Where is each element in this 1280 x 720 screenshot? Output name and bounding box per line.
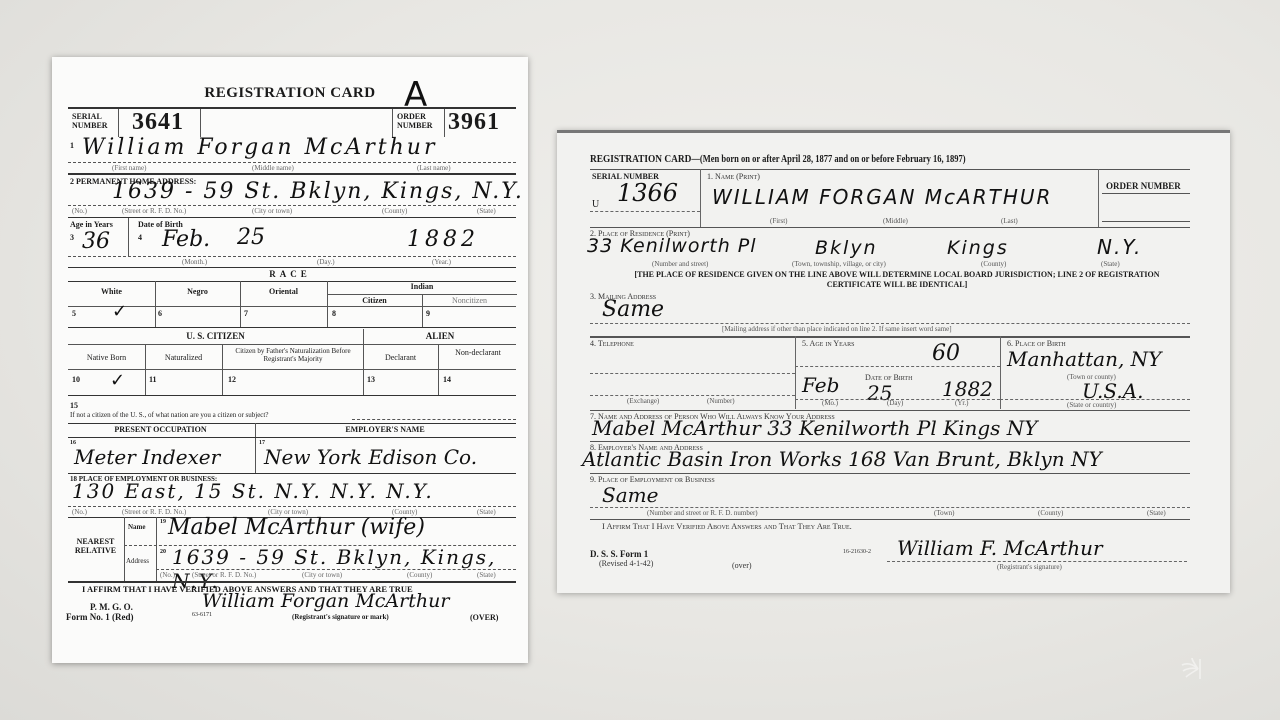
corner-mark: A (404, 75, 427, 115)
residence-street: 33 Kenilworth Pl (587, 235, 757, 257)
card-title: REGISTRATION CARD (52, 85, 528, 102)
employment-place-value: Same (602, 483, 658, 507)
age-value: 36 (82, 229, 110, 254)
dob-year: 1882 (942, 377, 993, 401)
employer-value: New York Edison Co. (264, 445, 477, 469)
employer-value: Atlantic Basin Iron Works 168 Van Brunt,… (582, 447, 1102, 471)
affirm-statement: I Affirm That I Have Verified Above Answ… (602, 521, 852, 531)
serial-label: SERIALNUMBER (72, 112, 108, 130)
nation-question: If not a citizen of the U. S., of what n… (70, 411, 268, 419)
registrant-name: WILLIAM FORGAN McARTHUR (712, 185, 1052, 209)
dob-month: Feb. (162, 227, 210, 252)
home-address-value: 1639 - 59 St. Bklyn, Kings, N.Y. (112, 179, 524, 204)
dob-month: Feb (802, 373, 839, 397)
place-of-employment-value: 130 East, 15 St. N.Y. N.Y. N.Y. (72, 479, 434, 503)
residence-state: N.Y. (1097, 235, 1142, 259)
dob-year: 1882 (407, 227, 479, 252)
wwi-registration-card: REGISTRATION CARD A SERIALNUMBER 3641 OR… (52, 57, 528, 663)
form-id: D. S. S. Form 1 (590, 549, 648, 559)
nearest-relative-name: Mabel McArthur (wife) (168, 515, 425, 540)
serial-number: 1366 (617, 179, 678, 207)
residence-note: [THE PLACE OF RESIDENCE GIVEN ON THE LIN… (627, 270, 1167, 290)
serial-number: 3641 (132, 109, 184, 136)
wwii-registration-card: REGISTRATION CARD—(Men born on or after … (557, 130, 1230, 593)
residence-town: Bklyn (815, 237, 878, 259)
residence-county: Kings (947, 237, 1009, 259)
race-heading: RACE (52, 269, 528, 279)
card-title: REGISTRATION CARD—(Men born on or after … (590, 153, 966, 165)
registrant-signature: William Forgan McArthur (202, 590, 449, 612)
birthplace-town: Manhattan, NY (1007, 347, 1161, 371)
order-number: 3961 (448, 109, 500, 136)
nearest-relative-label: NEAREST RELATIVE (68, 537, 123, 555)
white-check-icon: ✓ (112, 301, 127, 322)
occupation-value: Meter Indexer (74, 445, 220, 469)
mailing-value: Same (602, 297, 664, 322)
age-value: 60 (932, 341, 960, 366)
leaf-logo-icon (1178, 655, 1206, 683)
registrant-name: William Forgan McArthur (82, 135, 437, 160)
order-label: ORDERNUMBER (397, 112, 433, 130)
native-born-check-icon: ✓ (110, 370, 125, 391)
contact-value: Mabel McArthur 33 Kenilworth Pl Kings NY (592, 416, 1037, 440)
dob-day: 25 (237, 225, 265, 250)
registrant-signature: William F. McArthur (897, 536, 1103, 560)
